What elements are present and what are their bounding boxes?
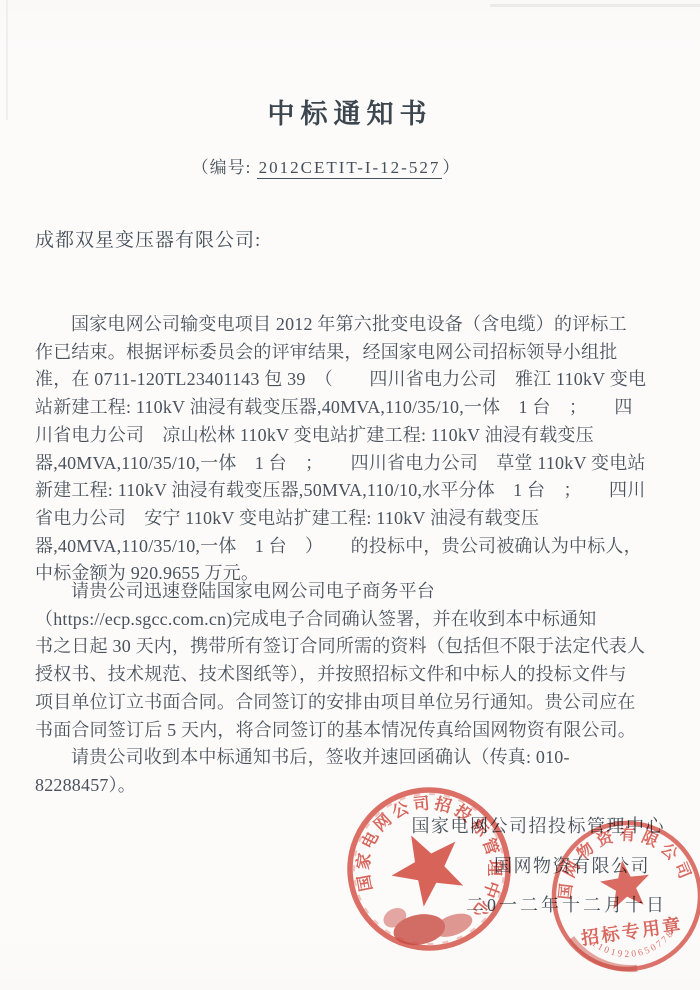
paragraph-line: 站新建工程: 110kV 油浸有载变压器,40MVA,110/35/10,一体 … [35, 394, 671, 422]
star-icon [379, 818, 475, 913]
paragraph-line: 作已结束。根据评标委员会的评审结果，经国家电网公司招标领导小组批 [35, 339, 671, 367]
red-seal-materials-company: 国网物资有限公司 招标专用章 1101920650778 [548, 812, 700, 988]
addressee-line: 成都双星变压器有限公司: [35, 225, 261, 252]
reference-number-line: （编号: 2012CETIT-I-12-527） [0, 153, 700, 178]
paragraph-line: 准，在 0711-120TL23401143 包 39 （ 四川省电力公司 雅江… [35, 366, 671, 394]
paragraph-line: 器,40MVA,110/35/10,一体 1 台 ） 的投标中，贵公司被确认为中… [35, 533, 671, 561]
scan-artifact-top [490, 4, 700, 7]
paragraph-line: 国家电网公司输变电项目 2012 年第六批变电设备（含电缆）的评标工 [35, 311, 671, 339]
paragraph-award-details: 国家电网公司输变电项目 2012 年第六批变电设备（含电缆）的评标工 作已结束。… [35, 311, 671, 588]
paragraph-contract-instructions: 请贵公司迅速登陆国家电网公司电子商务平台 （https://ecp.sgcc.c… [35, 578, 671, 744]
paragraph-line: 川省电力公司 凉山松林 110kV 变电站扩建工程: 110kV 油浸有载变压 [35, 422, 671, 450]
paragraph-line: （https://ecp.sgcc.com.cn)完成电子合同确认签署，并在收到… [35, 606, 671, 634]
paragraph-line: 请贵公司收到本中标通知书后，签收并速回函确认（传真: 010- [35, 744, 671, 772]
paragraph-line: 项目单位订立书面合同。合同签订的安排由项目单位另行通知。贵公司应在 [35, 689, 671, 717]
paragraph-line: 授权书、技术规范、技术图纸等），并按照招标文件和中标人的投标文件与 [35, 661, 671, 689]
reference-number: 2012CETIT-I-12-527 [257, 158, 443, 179]
reference-suffix: ） [442, 158, 460, 177]
star-icon [598, 857, 654, 910]
paragraph-line: 新建工程: 110kV 油浸有载变压器,50MVA,110/10,水平分体 1 … [35, 477, 671, 505]
document-title: 中标通知书 [0, 92, 700, 131]
paragraph-line: 省电力公司 安宁 110kV 变电站扩建工程: 110kV 油浸有载变压 [35, 505, 671, 533]
paragraph-line: 书之日起 30 天内，携带所有签订合同所需的资料（包括但不限于法定代表人 [35, 633, 671, 661]
red-seal-bidding-center: 国家电网公司招投标管理中心 [340, 778, 518, 960]
reference-prefix: （编号: [192, 158, 257, 177]
paragraph-line: 器,40MVA,110/35/10,一体 1 台 ； 四川省电力公司 草堂 11… [35, 450, 671, 478]
paragraph-line: 请贵公司迅速登陆国家电网公司电子商务平台 [35, 578, 671, 606]
document-page: 中标通知书 （编号: 2012CETIT-I-12-527） 成都双星变压器有限… [0, 0, 700, 990]
paragraph-line: 书面合同签订后 5 天内，将合同签订的基本情况传真给国网物资有限公司。 [35, 717, 671, 745]
